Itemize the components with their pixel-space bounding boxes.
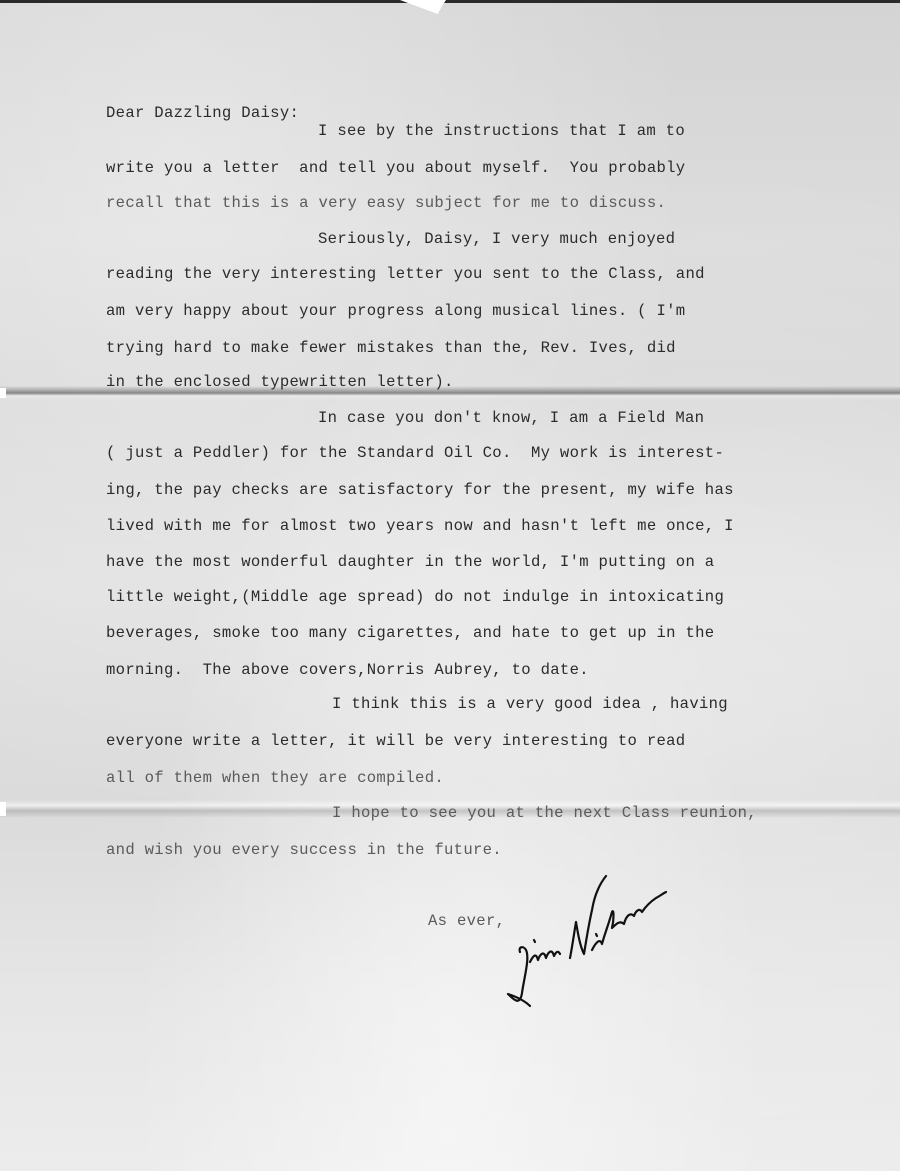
body-line: lived with me for almost two years now a… xyxy=(106,519,734,535)
body-line: write you a letter and tell you about my… xyxy=(106,161,685,177)
edge-notch-lower xyxy=(0,802,6,816)
body-line: In case you don't know, I am a Field Man xyxy=(318,411,704,427)
signature-icon xyxy=(500,868,670,1018)
body-line: all of them when they are compiled. xyxy=(106,771,444,787)
body-line: and wish you every success in the future… xyxy=(106,843,502,859)
body-line: I see by the instructions that I am to xyxy=(318,124,685,140)
body-line: reading the very interesting letter you … xyxy=(106,267,705,283)
body-line: I hope to see you at the next Class reun… xyxy=(332,806,757,822)
body-line: everyone write a letter, it will be very… xyxy=(106,734,685,750)
body-line: am very happy about your progress along … xyxy=(106,304,685,320)
body-line: trying hard to make fewer mistakes than … xyxy=(106,341,676,357)
body-line: have the most wonderful daughter in the … xyxy=(106,555,714,571)
body-line: beverages, smoke too many cigarettes, an… xyxy=(106,626,714,642)
body-line: recall that this is a very easy subject … xyxy=(106,196,666,212)
edge-notch-upper xyxy=(0,388,6,398)
salutation: Dear Dazzling Daisy: xyxy=(106,106,299,122)
body-line: ( just a Peddler) for the Standard Oil C… xyxy=(106,446,724,462)
closing: As ever, xyxy=(428,914,505,930)
body-line: Seriously, Daisy, I very much enjoyed xyxy=(318,232,675,248)
body-line: little weight,(Middle age spread) do not… xyxy=(106,590,724,606)
handwritten-signature: Jim Wilson xyxy=(500,868,670,1018)
body-line: morning. The above covers,Norris Aubrey,… xyxy=(106,663,589,679)
body-line: I think this is a very good idea , havin… xyxy=(332,697,728,713)
body-line: in the enclosed typewritten letter). xyxy=(106,375,454,391)
body-line: ing, the pay checks are satisfactory for… xyxy=(106,483,734,499)
page-top-edge xyxy=(0,0,900,3)
